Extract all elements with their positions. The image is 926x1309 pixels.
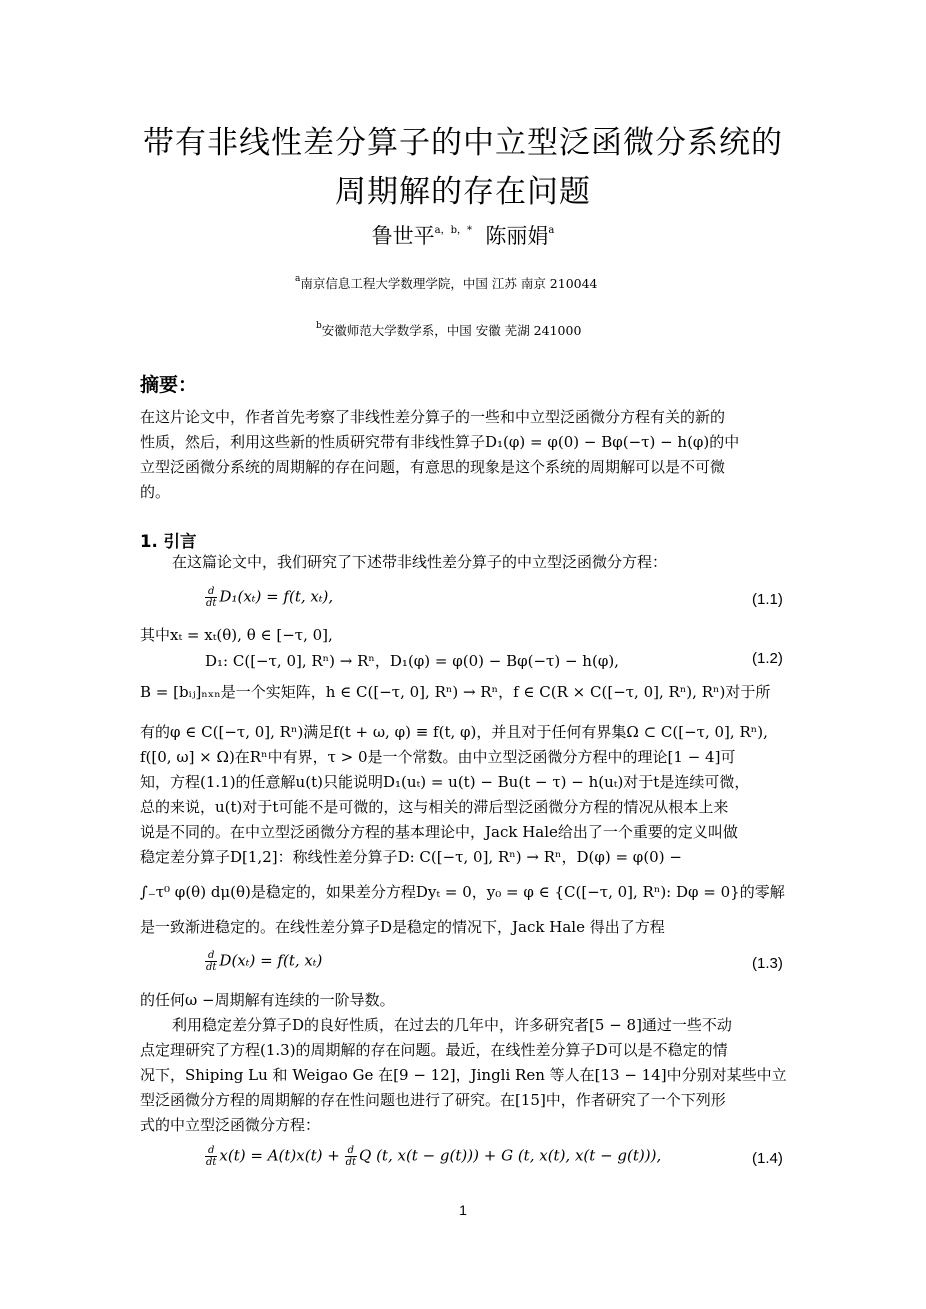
body-line: 况下，Shiping Lu 和 Weigao Ge 在[9 − 12]，Jing… xyxy=(140,1063,787,1087)
author-affiliation-marker: a，b，* xyxy=(435,225,472,236)
derivative-fraction: ddt xyxy=(205,586,217,609)
abstract-line: 在这片论文中，作者首先考察了非线性差分算子的一些和中立型泛函微分方程有关的新的 xyxy=(140,405,725,429)
body-line: ∫₋τ⁰ φ(θ) dμ(θ)是稳定的，如果差分方程Dyₜ = 0，y₀ = φ… xyxy=(140,880,785,904)
body-line: 知，方程(1.1)的任意解u(t)只能说明D₁(uₜ) = u(t) − Bu(… xyxy=(140,770,749,794)
body-line: 总的来说，u(t)对于t可能不是可微的，这与相关的滞后型泛函微分方程的情况从根本… xyxy=(140,795,728,819)
equation-number: (1.4) xyxy=(752,1150,783,1167)
paper-page: 带有非线性差分算子的中立型泛函微分系统的 周期解的存在问题 鲁世平a，b，* 陈… xyxy=(0,0,926,1309)
equation-number: (1.2) xyxy=(752,650,783,667)
affiliation-text: 安徽师范大学数学系，中国 安徽 芜湖 241000 xyxy=(322,323,582,338)
abstract-heading: 摘要： xyxy=(140,370,197,397)
abstract-line: 性质，然后，利用这些新的性质研究带有非线性算子D₁(φ) = φ(0) − Bφ… xyxy=(140,430,739,454)
page-number: 1 xyxy=(0,1202,926,1218)
equation-1-1: ddtD₁(xₜ) = f(t, xₜ), xyxy=(205,586,333,609)
body-line: 型泛函微分方程的周期解的存在性问题也进行了研究。在[15]中，作者研究了一个下列… xyxy=(140,1088,726,1112)
affiliation-a: a南京信息工程大学数理学院，中国 江苏 南京 210044 xyxy=(295,274,598,292)
equation-1-3: ddtD(xₜ) = f(t, xₜ) xyxy=(205,950,322,973)
derivative-fraction: ddt xyxy=(205,950,217,973)
equation-number: (1.3) xyxy=(752,955,783,972)
equation-1-2: D₁: C([−τ, 0], Rⁿ) → Rⁿ，D₁(φ) = φ(0) − B… xyxy=(205,650,619,671)
abstract-line: 的。 xyxy=(140,480,170,504)
author-name: 鲁世平 xyxy=(372,224,435,248)
body-line: 稳定差分算子D[1,2]：称线性差分算子D: C([−τ, 0], Rⁿ) → … xyxy=(140,845,682,869)
body-line: 式的中立型泛函微分方程： xyxy=(140,1113,320,1137)
author-list: 鲁世平a，b，* 陈丽娟a xyxy=(0,220,926,250)
derivative-fraction: ddt xyxy=(205,1145,217,1168)
derivative-fraction: ddt xyxy=(345,1145,357,1168)
author-affiliation-marker: a xyxy=(548,225,554,236)
equation-1-4: ddtx(t) = A(t)x(t) + ddtQ (t, x(t − g(t)… xyxy=(205,1145,661,1168)
paper-title-line-2: 周期解的存在问题 xyxy=(0,166,926,211)
section-heading-introduction: 1. 引言 xyxy=(140,528,197,552)
body-line: 说是不同的。在中立型泛函微分方程的基本理论中，Jack Hale给出了一个重要的… xyxy=(140,820,738,844)
affiliation-text: 南京信息工程大学数理学院，中国 江苏 南京 210044 xyxy=(300,276,597,291)
body-line: 是一致渐进稳定的。在线性差分算子D是稳定的情况下，Jack Hale 得出了方程 xyxy=(140,915,665,939)
affiliation-b: b安徽师范大学数学系，中国 安徽 芜湖 241000 xyxy=(316,321,581,339)
paper-title-line-1: 带有非线性差分算子的中立型泛函微分系统的 xyxy=(0,117,926,162)
body-line: 点定理研究了方程(1.3)的周期解的存在问题。最近，在线性差分算子D可以是不稳定… xyxy=(140,1038,728,1062)
body-line: 的任何ω −周期解有连续的一阶导数。 xyxy=(140,988,395,1012)
body-line: 利用稳定差分算子D的良好性质，在过去的几年中，许多研究者[5 − 8]通过一些不… xyxy=(172,1013,732,1037)
equation-number: (1.1) xyxy=(752,591,783,608)
intro-line: 在这篇论文中，我们研究了下述带非线性差分算子的中立型泛函微分方程： xyxy=(172,550,667,574)
author-name: 陈丽娟 xyxy=(485,224,548,248)
where-line: 其中xₜ = xₜ(θ), θ ∈ [−τ, 0], xyxy=(140,623,333,647)
body-line: 有的φ ∈ C([−τ, 0], Rⁿ)满足f(t + ω, φ) ≡ f(t,… xyxy=(140,720,768,744)
body-line: f([0, ω] × Ω)在Rⁿ中有界，τ > 0是一个常数。由中立型泛函微分方… xyxy=(140,745,735,769)
abstract-line: 立型泛函微分系统的周期解的存在问题，有意思的现象是这个系统的周期解可以是不可微 xyxy=(140,455,725,479)
body-line: B = [bᵢⱼ]ₙₓₙ是一个实矩阵，h ∈ C([−τ, 0], Rⁿ) → … xyxy=(140,680,770,704)
